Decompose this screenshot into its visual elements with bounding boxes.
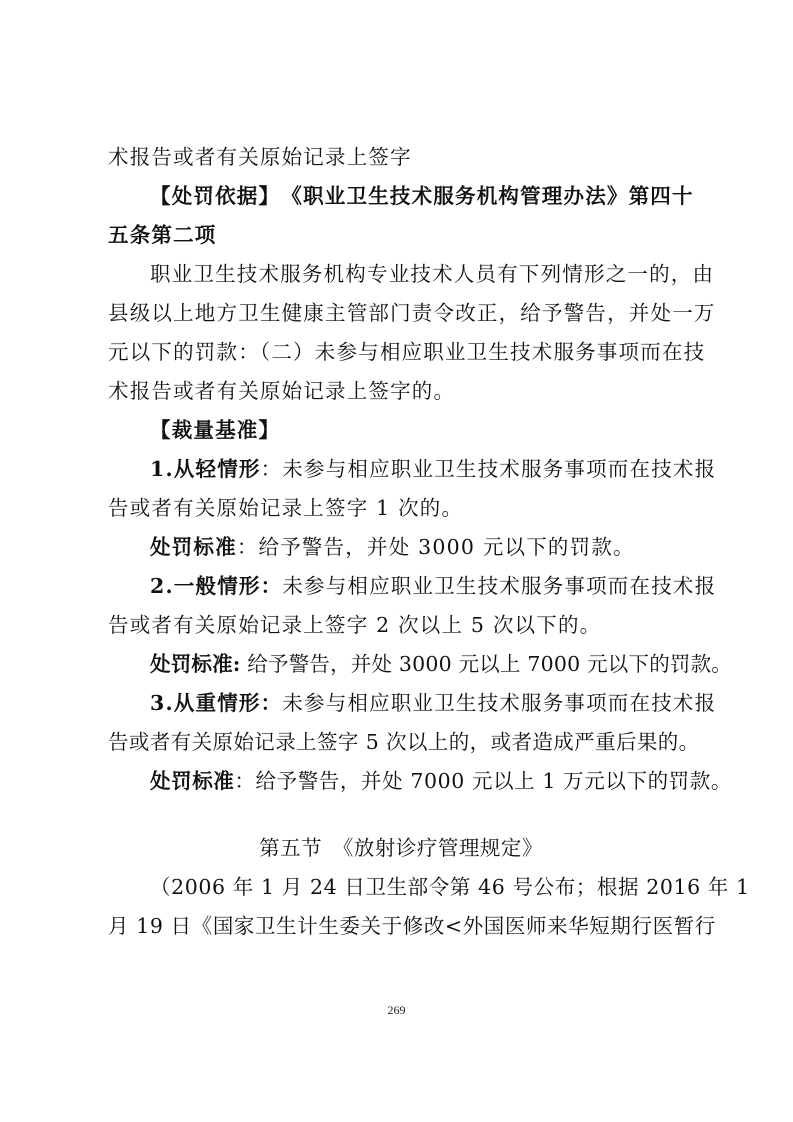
level-2-text: 未参与相应职业卫生技术服务事项而在技术报 [282,574,716,598]
penalty-standard-label: 处罚标准 [150,535,237,559]
level-2-continued: 告或者有关原始记录上签字 2 次以上 5 次以下的。 [108,606,694,645]
paragraph-line: 职业卫生技术服务机构专业技术人员有下列情形之一的，由 [108,255,694,294]
section-note-line: （2006 年 1 月 24 日卫生部令第 46 号公布；根据 2016 年 1 [108,868,694,907]
level-1-label: 1.从轻情形 [150,457,261,481]
penalty-basis-text: 《职业卫生技术服务机构管理办法》第四十 [270,184,694,208]
section-heading: 第五节 《放射诊疗管理规定》 [108,829,694,868]
level-3-continued: 告或者有关原始记录上签字 5 次以上的，或者造成严重后果的。 [108,723,694,762]
level-3-text: 未参与相应职业卫生技术服务事项而在技术报 [282,691,716,715]
level-1-continued: 告或者有关原始记录上签字 1 次的。 [108,489,694,528]
level-3-line: 3.从重情形：未参与相应职业卫生技术服务事项而在技术报 [108,684,694,723]
spacer [108,801,694,829]
penalty-standard-label: 处罚标准 [150,769,234,793]
penalty-standard-text: ：给予警告，并处 3000 元以下的罚款。 [237,535,635,559]
penalty-basis-label: 【处罚依据】 [150,184,270,208]
paragraph-line: 县级以上地方卫生健康主管部门责令改正，给予警告，并处一万 [108,294,694,333]
section-note-line: 月 19 日《国家卫生计生委关于修改<外国医师来华短期行医暂行 [108,907,694,946]
paragraph-line: 元以下的罚款：（二）未参与相应职业卫生技术服务事项而在技 [108,333,694,372]
level-2-penalty: 处罚标准: 给予警告，并处 3000 元以上 7000 元以下的罚款。 [108,645,694,684]
document-page: 术报告或者有关原始记录上签字 【处罚依据】 《职业卫生技术服务机构管理办法》第四… [108,138,694,946]
page-number: 269 [0,1003,793,1018]
level-1-line: 1.从轻情形：未参与相应职业卫生技术服务事项而在技术报 [108,450,694,489]
penalty-basis-continued: 五条第二项 [108,216,694,255]
penalty-basis-line: 【处罚依据】 《职业卫生技术服务机构管理办法》第四十 [108,177,694,216]
penalty-standard-text: 给予警告，并处 3000 元以上 7000 元以下的罚款。 [241,652,732,676]
discretion-standard-heading: 【裁量基准】 [108,411,694,450]
level-1-penalty: 处罚标准：给予警告，并处 3000 元以下的罚款。 [108,528,694,567]
level-2-line: 2.一般情形：未参与相应职业卫生技术服务事项而在技术报 [108,567,694,606]
level-2-label: 2.一般情形： [150,574,282,598]
level-3-label: 3.从重情形： [150,691,282,715]
text-line: 术报告或者有关原始记录上签字 [108,138,694,177]
penalty-standard-label: 处罚标准: [150,652,241,676]
paragraph-line: 术报告或者有关原始记录上签字的。 [108,372,694,411]
level-3-penalty: 处罚标准：给予警告，并处 7000 元以上 1 万元以下的罚款。 [108,762,694,801]
penalty-standard-text: ：给予警告，并处 7000 元以上 1 万元以下的罚款。 [234,769,732,793]
level-1-text: ：未参与相应职业卫生技术服务事项而在技术报 [261,457,717,481]
